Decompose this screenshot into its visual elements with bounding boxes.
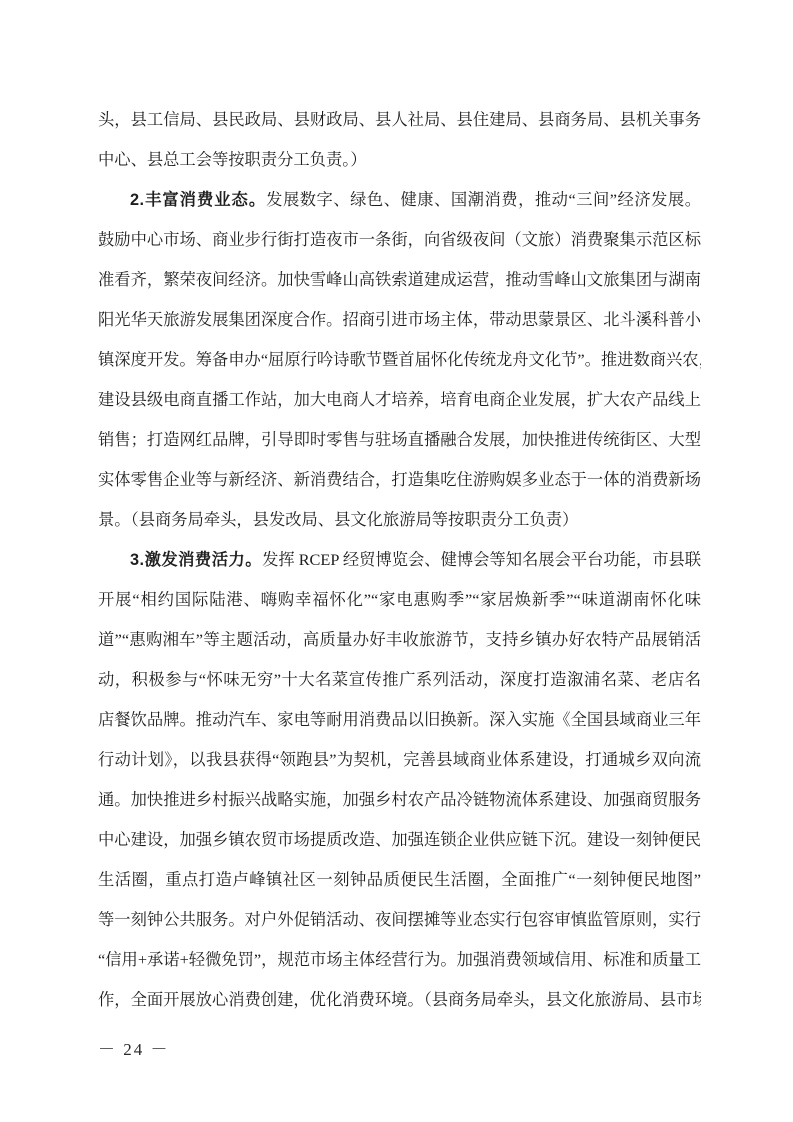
document-line: 准看齐，繁荣夜间经济。加快雪峰山高铁索道建成运营，推动雪峰山文旅集团与湖南 <box>98 260 701 300</box>
document-body: 头，县工信局、县民政局、县财政局、县人社局、县住建局、县商务局、县机关事务中心、… <box>98 100 701 1020</box>
line-text: 准看齐，繁荣夜间经济。加快雪峰山高铁索道建成运营，推动雪峰山文旅集团与湖南 <box>98 270 701 289</box>
document-page: 头，县工信局、县民政局、县财政局、县人社局、县住建局、县商务局、县机关事务中心、… <box>0 0 793 1122</box>
line-text: 发展数字、绿色、健康、国潮消费，推动“三间”经济发展。 <box>266 190 701 209</box>
line-text: 阳光华天旅游发展集团深度合作。招商引进市场主体，带动思蒙景区、北斗溪科普小 <box>98 310 701 329</box>
document-line: 头，县工信局、县民政局、县财政局、县人社局、县住建局、县商务局、县机关事务 <box>98 100 701 140</box>
paragraph-heading: 3.激发消费活力。 <box>130 551 262 569</box>
line-text: 生活圈，重点打造卢峰镇社区一刻钟品质便民生活圈，全面推广“一刻钟便民地图” <box>98 870 701 889</box>
document-line: 销售；打造网红品牌，引导即时零售与驻场直播融合发展，加快推进传统街区、大型 <box>98 420 701 460</box>
document-line: 镇深度开发。筹备申办“屈原行吟诗歌节暨首届怀化传统龙舟文化节”。推进数商兴农， <box>98 340 701 380</box>
line-text: 景。（县商务局牵头，县发改局、县文化旅游局等按职责分工负责） <box>98 510 578 529</box>
document-line: 作，全面开展放心消费创建，优化消费环境。（县商务局牵头，县文化旅游局、县市场 <box>98 980 701 1020</box>
line-text: 道”“惠购湘车”等主题活动，高质量办好丰收旅游节，支持乡镇办好农特产品展销活 <box>98 630 701 649</box>
line-text: 中心、县总工会等按职责分工负责。） <box>98 150 367 169</box>
line-text: “信用+承诺+轻微免罚”，规范市场主体经营行为。加强消费领域信用、标准和质量工 <box>98 950 701 969</box>
document-line: 通。加快推进乡村振兴战略实施，加强乡村农产品冷链物流体系建设、加强商贸服务 <box>98 780 701 820</box>
document-line: 实体零售企业等与新经济、新消费结合，打造集吃住游购娱多业态于一体的消费新场 <box>98 460 701 500</box>
line-text: 头，县工信局、县民政局、县财政局、县人社局、县住建局、县商务局、县机关事务 <box>98 110 701 129</box>
document-line: 鼓励中心市场、商业步行街打造夜市一条街，向省级夜间（文旅）消费聚集示范区标 <box>98 220 701 260</box>
line-text: 实体零售企业等与新经济、新消费结合，打造集吃住游购娱多业态于一体的消费新场 <box>98 470 701 489</box>
line-text: 发挥 RCEP 经贸博览会、健博会等知名展会平台功能，市县联动 <box>262 550 701 569</box>
line-text: 动，积极参与“怀味无穷”十大名菜宣传推广系列活动，深度打造溆浦名菜、老店名 <box>98 670 701 689</box>
line-text: 鼓励中心市场、商业步行街打造夜市一条街，向省级夜间（文旅）消费聚集示范区标 <box>98 230 701 249</box>
line-text: 中心建设，加强乡镇农贸市场提质改造、加强连锁企业供应链下沉。建设一刻钟便民 <box>98 830 701 849</box>
document-line: 开展“相约国际陆港、嗨购幸福怀化”“家电惠购季”“家居焕新季”“味道湖南怀化味 <box>98 580 701 620</box>
document-line: 阳光华天旅游发展集团深度合作。招商引进市场主体，带动思蒙景区、北斗溪科普小 <box>98 300 701 340</box>
line-text: 等一刻钟公共服务。对户外促销活动、夜间摆摊等业态实行包容审慎监管原则，实行 <box>98 910 701 929</box>
document-line: 店餐饮品牌。推动汽车、家电等耐用消费品以旧换新。深入实施《全国县域商业三年 <box>98 700 701 740</box>
line-text: 建设县级电商直播工作站，加大电商人才培养，培育电商企业发展，扩大农产品线上 <box>98 390 701 409</box>
document-line: 生活圈，重点打造卢峰镇社区一刻钟品质便民生活圈，全面推广“一刻钟便民地图” <box>98 860 701 900</box>
line-text: 销售；打造网红品牌，引导即时零售与驻场直播融合发展，加快推进传统街区、大型 <box>98 430 701 449</box>
line-text: 作，全面开展放心消费创建，优化消费环境。（县商务局牵头，县文化旅游局、县市场 <box>98 990 701 1009</box>
paragraph-heading: 2.丰富消费业态。 <box>130 191 266 209</box>
line-text: 镇深度开发。筹备申办“屈原行吟诗歌节暨首届怀化传统龙舟文化节”。推进数商兴农， <box>98 350 701 369</box>
line-text: 行动计划》，以我县获得“领跑县”为契机，完善县域商业体系建设，打通城乡双向流 <box>98 750 701 769</box>
document-line: “信用+承诺+轻微免罚”，规范市场主体经营行为。加强消费领域信用、标准和质量工 <box>98 940 701 980</box>
line-text: 通。加快推进乡村振兴战略实施，加强乡村农产品冷链物流体系建设、加强商贸服务 <box>98 790 701 809</box>
document-line: 动，积极参与“怀味无穷”十大名菜宣传推广系列活动，深度打造溆浦名菜、老店名 <box>98 660 701 700</box>
document-line: 3.激发消费活力。发挥 RCEP 经贸博览会、健博会等知名展会平台功能，市县联动 <box>98 540 701 580</box>
document-line: 中心建设，加强乡镇农贸市场提质改造、加强连锁企业供应链下沉。建设一刻钟便民 <box>98 820 701 860</box>
line-text: 开展“相约国际陆港、嗨购幸福怀化”“家电惠购季”“家居焕新季”“味道湖南怀化味 <box>98 590 701 609</box>
document-line: 建设县级电商直播工作站，加大电商人才培养，培育电商企业发展，扩大农产品线上 <box>98 380 701 420</box>
document-line: 道”“惠购湘车”等主题活动，高质量办好丰收旅游节，支持乡镇办好农特产品展销活 <box>98 620 701 660</box>
page-number: － 24 － <box>98 1038 170 1062</box>
document-line: 中心、县总工会等按职责分工负责。） <box>98 140 701 180</box>
document-line: 2.丰富消费业态。发展数字、绿色、健康、国潮消费，推动“三间”经济发展。 <box>98 180 701 220</box>
document-line: 等一刻钟公共服务。对户外促销活动、夜间摆摊等业态实行包容审慎监管原则，实行 <box>98 900 701 940</box>
line-text: 店餐饮品牌。推动汽车、家电等耐用消费品以旧换新。深入实施《全国县域商业三年 <box>98 710 701 729</box>
document-line: 行动计划》，以我县获得“领跑县”为契机，完善县域商业体系建设，打通城乡双向流 <box>98 740 701 780</box>
document-line: 景。（县商务局牵头，县发改局、县文化旅游局等按职责分工负责） <box>98 500 701 540</box>
